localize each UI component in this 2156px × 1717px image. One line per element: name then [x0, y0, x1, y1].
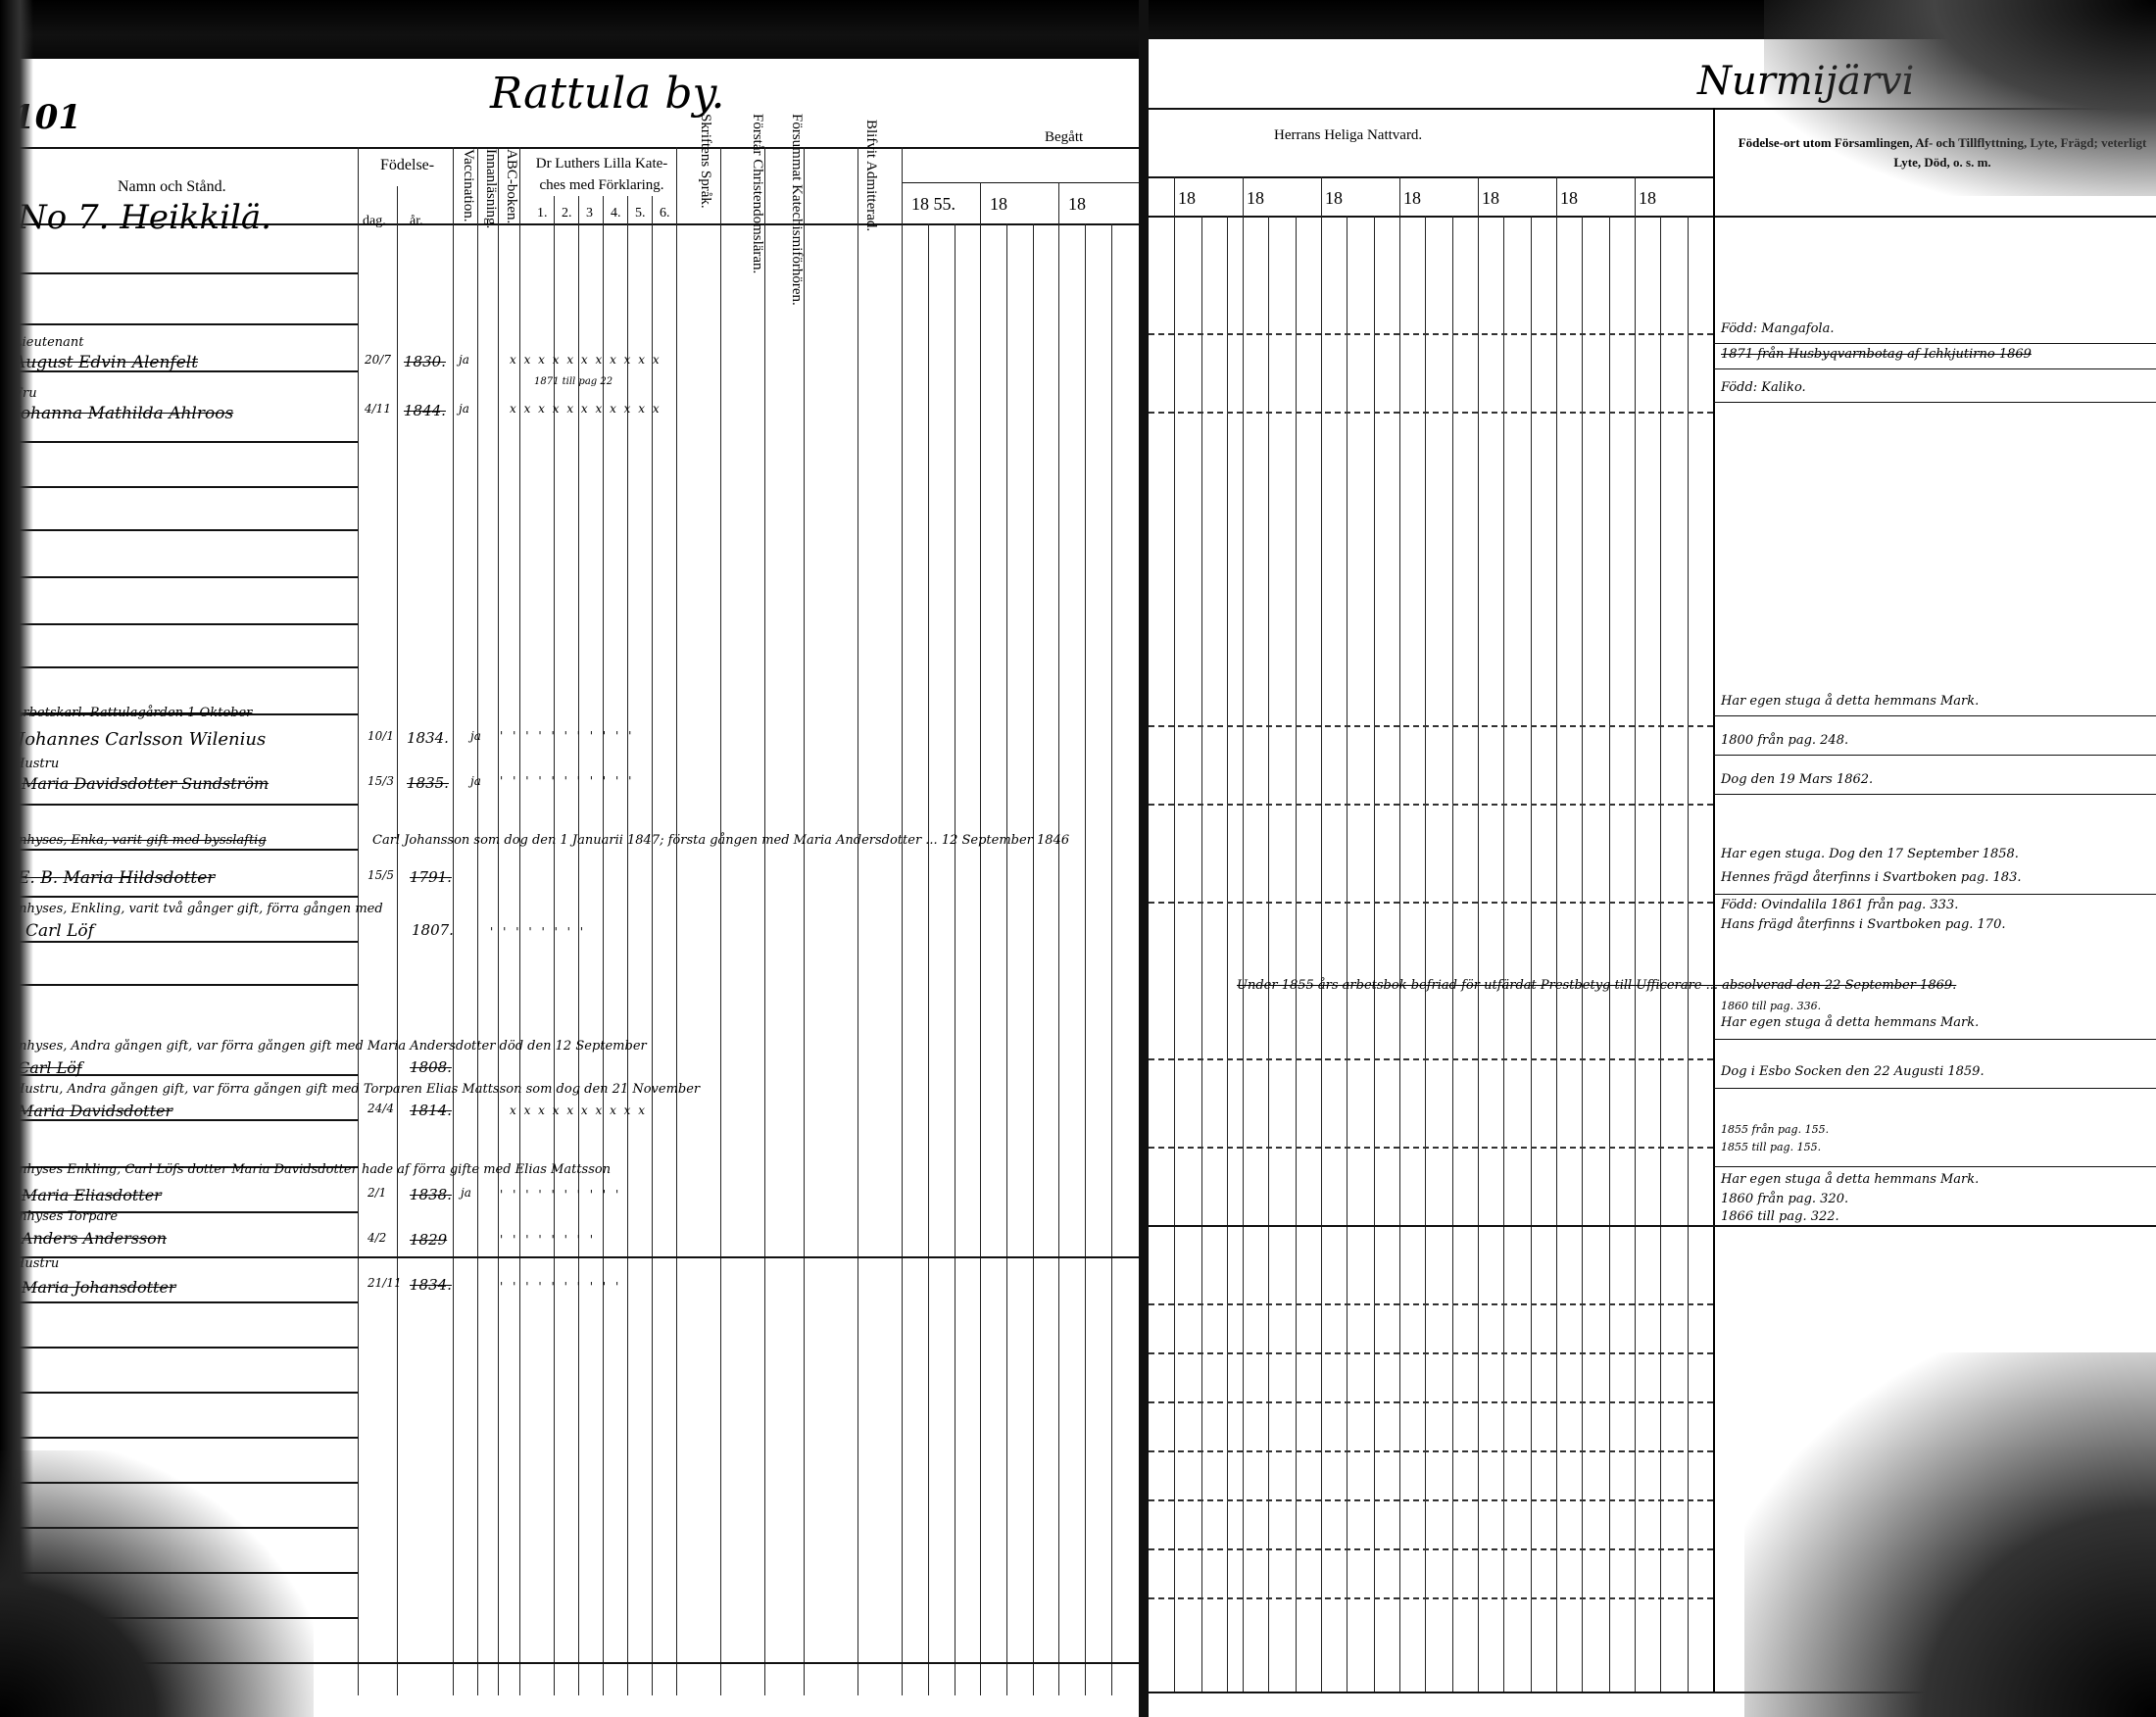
entry-title: Arbetskarl. Rattulagården 1 Oktober — [14, 706, 252, 720]
homestead-name: No 7. Heikkilä. — [18, 198, 271, 237]
grid-line — [1399, 176, 1400, 1693]
entry-year: 1830. — [404, 353, 446, 370]
entry-day: 15/3 — [367, 774, 394, 788]
grid-line — [980, 182, 981, 1695]
remark: Har egen stuga å detta hemmans Mark. — [1721, 694, 1979, 709]
remarks-rule — [1713, 715, 2156, 716]
entry-marks: ' ' ' ' ' ' ' ' ' ' — [500, 1280, 621, 1294]
row-rule — [1149, 804, 1713, 806]
remarks-rule — [1713, 1039, 2156, 1040]
entry-name: Carl Löf — [25, 921, 94, 941]
row-rule — [10, 529, 358, 531]
entry-name: Maria Johansdotter — [22, 1278, 176, 1297]
col-luther-5: 5. — [635, 206, 646, 221]
row-rule — [1149, 1499, 1713, 1501]
row-rule — [10, 849, 358, 851]
remarks-rule — [1713, 894, 2156, 895]
nattvard-year-7: 18 — [1639, 188, 1656, 209]
grid-line — [928, 223, 929, 1695]
grid-line — [1058, 182, 1059, 1695]
grid-line — [1347, 216, 1347, 1693]
remark: Hans frägd återfinns i Svartboken pag. 1… — [1721, 917, 2005, 932]
grid-line — [1425, 216, 1426, 1693]
year-col-2: 18 — [990, 194, 1007, 215]
col-name-header: Namn och Stånd. — [118, 178, 226, 196]
row-rule — [10, 323, 358, 325]
entry-vacc: ja — [470, 729, 481, 743]
entry-name: Maria Eliasdotter — [22, 1186, 162, 1204]
grid-line — [1296, 216, 1297, 1693]
section-rule — [1149, 1225, 2156, 1227]
row-rule — [1149, 1450, 1713, 1452]
col-forsummat: Försummat Katechismiförhören. — [770, 114, 804, 306]
entry-marks: x x x x x x x x x x x — [510, 353, 661, 367]
grid-line — [1321, 176, 1322, 1693]
col-birth-day: dag. — [363, 214, 386, 229]
row-rule — [10, 941, 358, 943]
grid-line — [358, 147, 359, 1695]
row-rule — [10, 623, 358, 625]
nattvard-sub-rule — [1149, 176, 1713, 178]
entry-day: 20/7 — [365, 353, 391, 367]
entry-day: 21/11 — [367, 1276, 402, 1290]
entry-day: 24/4 — [367, 1102, 394, 1115]
entry-year: 1808. — [410, 1058, 452, 1076]
row-rule — [1149, 1548, 1713, 1550]
entry-year: 1791. — [410, 868, 452, 886]
entry-vacc: ja — [459, 353, 469, 367]
entry-title: Inhyses, Enka, varit gift med bysslaftig — [14, 833, 267, 848]
entry-note: Carl Johansson som dog den 1 Januarii 18… — [372, 833, 1069, 848]
row-rule — [1149, 1401, 1713, 1403]
grid-line — [1609, 216, 1610, 1693]
remark: Har egen stuga. Dog den 17 September 185… — [1721, 847, 2019, 861]
col-admitterad: Blifvit Admitterad. — [845, 120, 878, 231]
entry-day: 4/11 — [365, 402, 391, 416]
remark: Född: Kaliko. — [1721, 380, 1806, 395]
entry-year: 1834. — [407, 729, 449, 747]
col-luther-2: 2. — [562, 206, 572, 221]
grid-line — [603, 196, 604, 1695]
grid-line — [1111, 223, 1112, 1695]
year-col-3: 18 — [1068, 194, 1086, 215]
row-rule — [10, 1301, 358, 1303]
entry-day: 15/5 — [367, 868, 394, 882]
grid-line — [1635, 176, 1636, 1693]
row-rule — [1149, 1597, 1713, 1599]
entry-day: 2/1 — [367, 1186, 386, 1200]
remark: Har egen stuga å detta hemmans Mark. — [1721, 1015, 1979, 1030]
row-rule — [10, 1437, 358, 1439]
entry-year: 1829 — [410, 1231, 447, 1249]
entry-vacc: ja — [459, 402, 469, 416]
col-luther-1: 1. — [537, 206, 548, 221]
grid-line — [1660, 216, 1661, 1693]
grid-line — [804, 147, 805, 1695]
remarks-rule — [1713, 402, 2156, 403]
entry-day: 4/2 — [367, 1231, 386, 1245]
row-rule — [1149, 902, 1713, 904]
grid-line — [857, 147, 858, 1695]
entry-name: Maria Davidsdotter Sundström — [22, 774, 269, 793]
entry-year: 1834. — [410, 1276, 452, 1294]
grid-line — [720, 147, 721, 1695]
remark: Dog den 19 Mars 1862. — [1721, 772, 1873, 787]
grid-line — [1268, 216, 1269, 1693]
entry-marks: ' ' ' ' ' ' ' ' ' ' ' — [500, 729, 634, 743]
grid-line — [1688, 216, 1689, 1693]
col-innanlasning: Innanläsning. — [483, 149, 498, 228]
nattvard-year-1: 18 — [1178, 188, 1196, 209]
grid-line — [955, 223, 955, 1695]
section-rule — [10, 1256, 1139, 1258]
entry-year: 1844. — [404, 402, 446, 419]
entry-marks: ' ' ' ' ' ' ' ' ' ' — [500, 1188, 621, 1202]
remark: 1855 till pag. 155. — [1721, 1141, 1821, 1153]
entry-name: August Edvin Alenfelt — [14, 353, 198, 372]
entry-note: 1871 till pag 22 — [534, 376, 612, 387]
remark: Född: Mangafola. — [1721, 321, 1834, 336]
col-luther-3: 3 — [586, 206, 593, 221]
col-vaccination: Vaccination. — [461, 149, 475, 222]
grid-line — [1478, 176, 1479, 1693]
row-rule — [10, 486, 358, 488]
begatt-sub-rule — [902, 182, 1139, 183]
row-rule — [1149, 725, 1713, 727]
grid-line — [627, 196, 628, 1695]
remarks-rule — [1713, 343, 2156, 344]
nattvard-year-5: 18 — [1482, 188, 1499, 209]
page-shadow-bottom-right — [1744, 1352, 2156, 1717]
grid-line — [1582, 216, 1583, 1693]
entry-name: E. B. Maria Hildsdotter — [18, 868, 215, 888]
entry-day: 10/1 — [367, 729, 394, 743]
remarks-rule — [1713, 1088, 2156, 1089]
remark: Har egen stuga å detta hemmans Mark. — [1721, 1172, 1979, 1187]
row-rule — [10, 896, 358, 898]
entry-year: 1835. — [407, 774, 449, 792]
col-birth-header: Födelse- — [380, 157, 434, 174]
nattvard-year-3: 18 — [1325, 188, 1343, 209]
grid-line — [1243, 176, 1244, 1693]
remarks-rule — [1713, 1166, 2156, 1167]
book-spine — [1139, 0, 1149, 1717]
row-rule — [10, 1392, 358, 1394]
remark: Född: Ovindalila 1861 från pag. 333. — [1721, 898, 1958, 912]
entry-marks: x x x x x x x x x x — [510, 1104, 647, 1117]
row-rule — [10, 1347, 358, 1349]
entry-year: 1838. — [410, 1186, 452, 1203]
entry-year: 1807. — [412, 921, 454, 939]
page-shadow-bottom-left — [0, 1450, 314, 1717]
nattvard-year-6: 18 — [1560, 188, 1578, 209]
grid-line — [764, 147, 765, 1695]
span-note: Under 1855 års arbetsbok befriad för utf… — [1237, 978, 1956, 993]
entry-title: Inhyses Enkling, Carl Löfs dotter Maria … — [14, 1162, 817, 1177]
row-rule — [1149, 1352, 1713, 1354]
grid-line — [652, 196, 653, 1695]
grid-line — [578, 196, 579, 1695]
nattvard-year-2: 18 — [1247, 188, 1264, 209]
row-rule — [10, 576, 358, 578]
col-luther-4: 4. — [611, 206, 621, 221]
grid-line — [1374, 216, 1375, 1693]
grid-line — [519, 147, 520, 1695]
grid-line — [477, 147, 478, 1695]
remarks-rule — [1713, 794, 2156, 795]
page-shadow-top-right — [1764, 0, 2156, 196]
village-title: Rattula by. — [490, 69, 725, 119]
entry-vacc: ja — [470, 774, 481, 788]
header-top-rule — [10, 147, 1139, 149]
entry-marks: x x x x x x x x x x x — [510, 402, 661, 416]
entry-vacc: ja — [461, 1186, 471, 1200]
grid-line — [1174, 176, 1175, 1693]
entry-marks: ' ' ' ' ' ' ' ' — [490, 925, 586, 939]
col-skriftens: Skriftens Språk. — [698, 114, 712, 209]
row-rule — [10, 441, 358, 443]
grid-line — [397, 186, 398, 1695]
grid-line — [554, 196, 555, 1695]
entry-year: 1814. — [410, 1102, 452, 1119]
entry-name: Anders Andersson — [22, 1229, 167, 1248]
remark: 1855 från pag. 155. — [1721, 1123, 1829, 1136]
row-rule — [1149, 412, 1713, 414]
grid-line — [1006, 223, 1007, 1695]
grid-line — [1503, 216, 1504, 1693]
entry-title: Inhyses, Enkling, varit två gånger gift,… — [14, 902, 383, 916]
remark: Hennes frägd återfinns i Svartboken pag.… — [1721, 870, 2021, 885]
grid-line — [1085, 223, 1086, 1695]
entry-name: Maria Davidsdotter — [18, 1102, 172, 1120]
entry-title: Hustru, Andra gången gift, var förra gån… — [14, 1082, 866, 1097]
remark: 1866 till pag. 322. — [1721, 1209, 1839, 1224]
row-rule — [1149, 333, 1713, 335]
grid-line — [1201, 216, 1202, 1693]
col-birth-year: år. — [410, 214, 423, 229]
row-rule — [1149, 1058, 1713, 1060]
remark: Dog i Esbo Socken den 22 Augusti 1859. — [1721, 1064, 1984, 1079]
entry-marks: ' ' ' ' ' ' ' ' ' ' ' — [500, 774, 634, 788]
remarks-rule — [1713, 755, 2156, 756]
grid-line — [902, 147, 903, 1695]
row-rule — [1149, 1147, 1713, 1149]
entry-name: Johanna Mathilda Ahlroos — [14, 404, 233, 423]
row-rule — [10, 666, 358, 668]
col-nattvard: Herrans Heliga Nattvard. — [1274, 127, 1422, 144]
entry-marks: ' ' ' ' ' ' ' ' — [500, 1233, 596, 1247]
remarks-rule — [1713, 368, 2156, 369]
nattvard-year-4: 18 — [1403, 188, 1421, 209]
row-rule — [10, 272, 358, 274]
grid-line — [1227, 216, 1228, 1693]
remark: 1871 från Husbyqvarnbotag af Ichkjutirno… — [1721, 347, 2032, 362]
grid-line — [498, 147, 499, 1695]
row-rule — [10, 984, 358, 986]
header-bottom-rule — [1149, 216, 2156, 218]
grid-line — [676, 147, 677, 1695]
row-rule — [1149, 1303, 1713, 1305]
grid-line — [1033, 223, 1034, 1695]
col-forstar: Förstår Christendomsläran. — [731, 114, 764, 273]
entry-name: Johannes Carlsson Wilenius — [18, 729, 266, 750]
year-col-1: 18 55. — [911, 194, 955, 215]
col-begatt: Begått — [1045, 129, 1083, 146]
grid-line — [1556, 176, 1557, 1693]
remark: 1800 från pag. 248. — [1721, 733, 1848, 748]
col-luther-6: 6. — [660, 206, 670, 221]
entry-title: Inhyses, Andra gången gift, var förra gå… — [14, 1039, 866, 1054]
remarks-divider — [1713, 108, 1715, 1693]
row-rule — [10, 804, 358, 806]
col-luther-group: Dr Luthers Lilla Kate-ches med Förklarin… — [529, 153, 674, 196]
grid-line — [1531, 216, 1532, 1693]
col-abc: ABC-boken. — [504, 149, 518, 223]
grid-line — [1452, 216, 1453, 1693]
remark: 1860 till pag. 336. — [1721, 1000, 1821, 1012]
remark: 1860 från pag. 320. — [1721, 1192, 1848, 1206]
